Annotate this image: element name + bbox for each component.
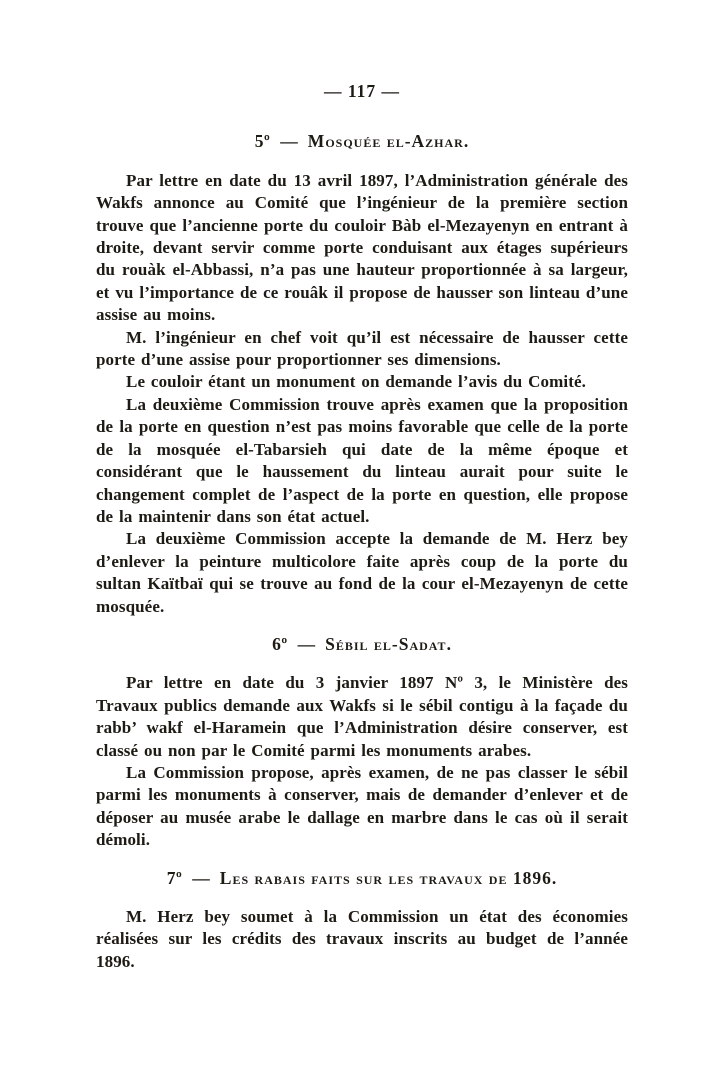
section-heading: 6º—Sébil el-Sadat. <box>96 633 628 655</box>
paragraph: M. Herz bey soumet à la Commission un ét… <box>96 906 628 973</box>
section-separator: — <box>192 868 210 888</box>
paragraph: M. l’ingénieur en chef voit qu’il est né… <box>96 327 628 372</box>
paragraph: Par lettre en date du 13 avril 1897, l’A… <box>96 170 628 327</box>
paragraph: La Commission propose, après examen, de … <box>96 762 628 852</box>
section-title: Les rabais faits sur les travaux de 1896… <box>220 868 557 888</box>
section-mosquee-el-azhar: 5º—Mosquée el-Azhar. Par lettre en date … <box>96 130 628 618</box>
paragraph: Le couloir étant un monument on demande … <box>96 371 628 393</box>
section-sebil-el-sadat: 6º—Sébil el-Sadat. Par lettre en date du… <box>96 633 628 852</box>
section-separator: — <box>298 634 316 654</box>
section-number: 5º <box>255 131 271 151</box>
section-title: Sébil el-Sadat. <box>325 634 452 654</box>
paragraph: La deuxième Commission accepte la demand… <box>96 528 628 618</box>
section-number: 6º <box>272 634 288 654</box>
document-page: — 117 — 5º—Mosquée el-Azhar. Par lettre … <box>0 0 720 1082</box>
paragraph: La deuxième Commission trouve après exam… <box>96 394 628 528</box>
section-rabais-travaux-1896: 7º—Les rabais faits sur les travaux de 1… <box>96 867 628 974</box>
section-separator: — <box>280 131 298 151</box>
section-title: Mosquée el-Azhar. <box>308 131 469 151</box>
section-heading: 5º—Mosquée el-Azhar. <box>96 130 628 152</box>
page-number: — 117 — <box>96 80 628 102</box>
paragraph: Par lettre en date du 3 janvier 1897 Nº … <box>96 672 628 762</box>
section-number: 7º <box>167 868 183 888</box>
section-heading: 7º—Les rabais faits sur les travaux de 1… <box>96 867 628 889</box>
